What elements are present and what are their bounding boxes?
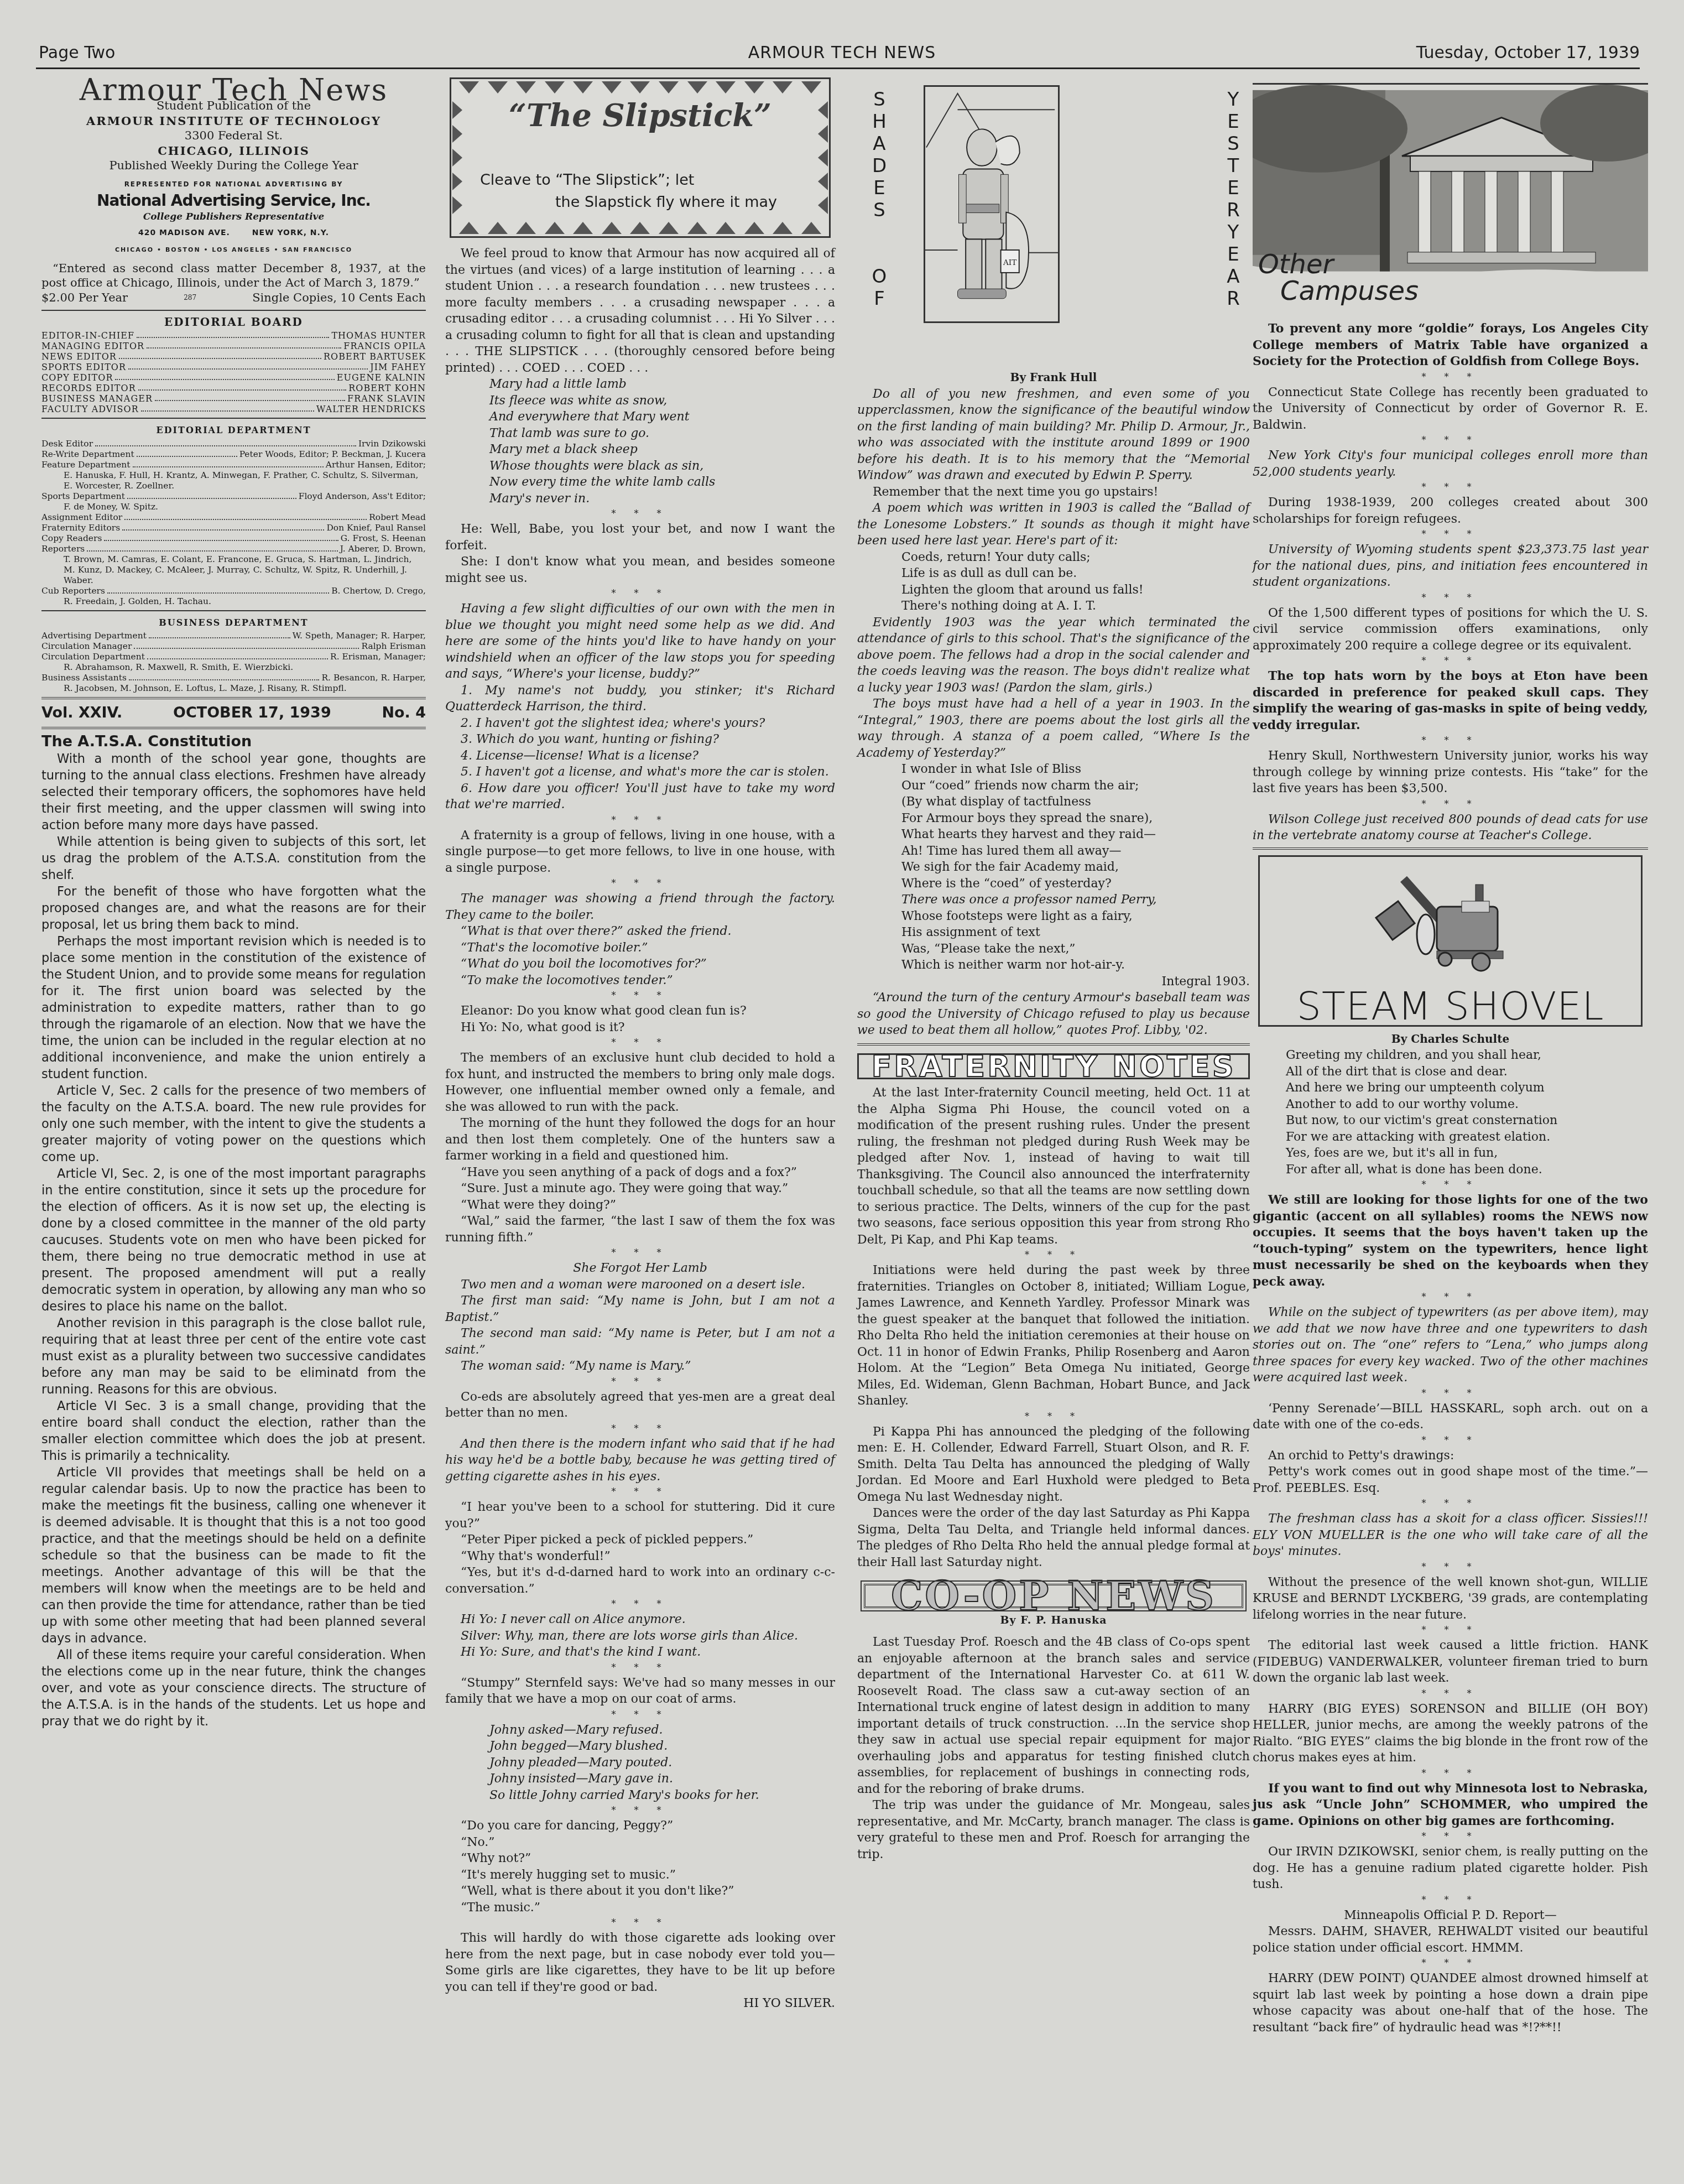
atsa-article: With a month of the school year gone, th… [41,751,426,1730]
subheading: She Forgot Her Lamb [445,1260,835,1277]
staff-name: Floyd Anderson, Ass't Editor; [299,491,426,502]
separator-stars: * * * [1253,370,1648,384]
leader-dots [137,330,329,338]
separator-stars: * * * [857,1248,1250,1262]
paragraph: For the benefit of those who have forgot… [41,883,426,933]
staff-continued: R. Jacobsen, M. Johnson, E. Loftus, L. M… [41,683,426,694]
staff-row: Records EditorRobert Kohn [41,383,426,393]
column-masthead: Armour Tech News Student Publication of … [41,77,426,1730]
rep-tagline: College Publishers Representative [41,209,426,226]
paragraph: “Sure. Just a minute ago. They were goin… [445,1181,835,1197]
staff-name: Robert Mead [369,512,426,523]
shades-banner: SHADESOF AIT [857,77,1250,365]
paragraph: “Peter Piper picked a peck of pickled pe… [445,1532,835,1548]
campus-item: Wilson College just received 800 pounds … [1253,812,1648,844]
title-letter: H [868,111,890,133]
paragraph: Co-eds are absolutely agreed that yes-me… [445,1389,835,1422]
leader-dots [127,491,296,499]
paragraph: Eleanor: Do you know what good clean fun… [445,1003,835,1020]
divider [41,310,426,311]
staff-name: W. Speth, Manager; R. Harper, [293,631,426,641]
paragraph: “That's the locomotive boiler.” [445,940,835,956]
separator-stars: * * * [1253,433,1648,448]
leader-dots [104,533,338,541]
campus-item: To prevent any more “goldie” forays, Los… [1253,321,1648,370]
staff-name: Jim Fahey [370,362,426,372]
poem-line: Was, “Please take the next,” [901,941,1250,958]
title-letter: R [1222,199,1244,221]
separator-stars: * * * [1253,654,1648,668]
title-letter: Y [1222,221,1244,243]
editorial-board-list: Editor-in-ChiefThomas HunterManaging Edi… [41,330,426,414]
yesteryear-vertical-title: YESTERYEAR [1222,89,1244,310]
leader-dots [137,449,237,457]
staff-role: Business Manager [41,393,153,404]
steam-shovel-banner: STEAM SHOVEL [1258,855,1643,1027]
issue-line: Vol. XXIV. OCTOBER 17, 1939 No. 4 [41,703,426,724]
coop-news-body: Last Tuesday Prof. Roesch and the 4B cla… [857,1634,1250,1863]
staff-role: Editor-in-Chief [41,330,134,341]
separator-stars: * * * [445,876,835,891]
entry-notice: “Entered as second class matter December… [41,261,426,290]
poem-line: For Armour boys they spread the snare), [901,810,1250,827]
staff-row: Cub ReportersB. Chertow, D. Crego, [41,586,426,596]
paragraph: “I hear you've been to a school for stut… [445,1499,835,1532]
paragraph: The boys must have had a hell of a year … [857,696,1250,761]
poem-line: Our “coed” friends now charm the air; [901,778,1250,794]
staff-row: Feature DepartmentArthur Hansen, Editor; [41,460,426,470]
leader-dots [128,362,368,370]
staff-name: Frank Slavin [347,393,426,404]
poem-line: Ah! Time has lured them all away— [901,843,1250,860]
poem-line: There was once a professor named Perry, [901,892,1250,908]
paragraph: “Have you seen anything of a pack of dog… [445,1164,835,1181]
masthead-institution: ARMOUR INSTITUTE OF TECHNOLOGY [41,113,426,128]
paragraph: Hi Yo: I never call on Alice anymore. [445,1611,835,1628]
shovel-item: Minneapolis Official P. D. Report— [1253,1907,1648,1924]
paragraph: Article VI, Sec. 2, is one of the most i… [41,1166,426,1315]
staff-name: Arthur Hansen, Editor; [326,460,426,470]
separator-stars: * * * [1253,797,1648,812]
title-letter: Y [1222,89,1244,111]
paragraph: Pi Kappa Phi has announced the pledging … [857,1424,1250,1506]
leader-dots [134,641,359,649]
poem-line: Johny asked—Mary refused. [489,1722,835,1739]
staff-row: Sports DepartmentFloyd Anderson, Ass't E… [41,491,426,502]
campus-item: The top hats worn by the boys at Eton ha… [1253,668,1648,734]
poem-line: John begged—Mary blushed. [489,1738,835,1755]
staff-row: Copy ReadersG. Frost, S. Heenan [41,533,426,544]
staff-role: Cub Reporters [41,586,105,596]
campus-item: During 1938-1939, 200 colleges created a… [1253,495,1648,527]
poem-line: That lamb was sure to go. [489,425,835,442]
poem-line: But now, to our victim's great consterna… [1286,1112,1648,1129]
paragraph: The morning of the hunt they followed th… [445,1115,835,1164]
shovel-item: Without the presence of the well known s… [1253,1574,1648,1624]
separator-stars: * * * [445,1916,835,1930]
separator-stars: * * * [1253,480,1648,495]
separator-stars: * * * [1253,1496,1648,1511]
staff-row: Managing EditorFrancis Opila [41,341,426,351]
separator-stars: * * * [445,1597,835,1611]
poem-line: For we are attacking with greatest elati… [1286,1129,1648,1146]
campus-item: New York City's four municipal colleges … [1253,448,1648,480]
slipstick-body: We feel proud to know that Armour has no… [445,246,835,2012]
leader-dots [124,512,367,520]
campus-item: University of Wyoming students spent $23… [1253,542,1648,591]
shovel-item: While on the subject of typewriters (as … [1253,1304,1648,1386]
shovel-item: If you want to find out why Minnesota lo… [1253,1781,1648,1830]
rep-address-row: 420 MADISON AVE. NEW YORK, N.Y. [41,225,426,242]
separator-stars: * * * [1253,1687,1648,1701]
paragraph: Hi Yo: Sure, and that's the kind I want. [445,1644,835,1661]
poem: Mary had a little lambIts fleece was whi… [445,376,835,507]
separator-stars: * * * [445,1708,835,1722]
shovel-item: HARRY (BIG EYES) SORENSON and BILLIE (OH… [1253,1701,1648,1766]
separator-stars: * * * [445,586,835,601]
shovel-item: Petty's work comes out in good shape mos… [1253,1464,1648,1496]
poem-line: Coeds, return! Your duty calls; [901,549,1250,566]
leader-dots [155,393,345,401]
paragraph: Last Tuesday Prof. Roesch and the 4B cla… [857,1634,1250,1797]
title-letter: A [1222,266,1244,288]
separator-stars: * * * [445,813,835,828]
business-department-list: Advertising DepartmentW. Speth, Manager;… [41,631,426,694]
separator-stars: * * * [445,1661,835,1675]
paragraph: Article VI Sec. 3 is a small change, pro… [41,1398,426,1464]
paragraph: Do all of you new freshmen, and even som… [857,386,1250,484]
paragraph: “Around the turn of the century Armour's… [857,990,1250,1039]
poem-line: Johny pleaded—Mary pouted. [489,1755,835,1771]
paragraph: “Wal,” said the farmer, “the last I saw … [445,1213,835,1246]
staff-row: Assignment EditorRobert Mead [41,512,426,523]
paragraph: With a month of the school year gone, th… [41,751,426,834]
paragraph: The second man said: “My name is Peter, … [445,1325,835,1358]
staff-row: Circulation ManagerRalph Erisman [41,641,426,652]
poem-source: Integral 1903. [857,974,1250,990]
staff-name: Robert Bartusek [324,351,426,362]
title-letter: E [868,177,890,199]
separator-stars: * * * [1253,1893,1648,1907]
staff-role: Re-Write Department [41,449,134,460]
paragraph: “Well, what is there about it you don't … [445,1883,835,1900]
union-label-icon: 287 [184,290,196,306]
staff-role: Assignment Editor [41,512,122,523]
title-letter: O [868,266,890,288]
separator-stars: * * * [1253,1386,1648,1401]
separator-stars: * * * [445,1375,835,1389]
paragraph: Dances were the order of the day last Sa… [857,1505,1250,1571]
separator-stars: * * * [1253,1956,1648,1970]
masthead-frequency: Published Weekly During the College Year [41,158,426,173]
staff-name: Ralph Erisman [361,641,426,652]
poem-line: What hearts they harvest and they raid— [901,826,1250,843]
separator-stars: * * * [1253,1290,1648,1304]
poem-line: Greeting my children, and you shall hear… [1286,1047,1648,1064]
paragraph: Another revision in this paragraph is th… [41,1315,426,1398]
staff-role: Sports Department [41,491,125,502]
paragraph: This will hardly do with those cigarette… [445,1930,835,1995]
separator-stars: * * * [1253,527,1648,542]
divider [41,418,426,419]
yearly-rate: $2.00 Per Year [41,290,128,306]
staff-role: News Editor [41,351,117,362]
staff-name: Walter Hendricks [316,404,426,414]
poem-line: Mary had a little lamb [489,376,835,393]
shades-vertical-title: SHADESOF [868,89,890,310]
coop-news-heading: CO-OP NEWS [864,1584,1243,1608]
staff-row: Editor-in-ChiefThomas Hunter [41,330,426,341]
header-rule [36,67,1640,69]
poem-line: Whose thoughts were black as sin, [489,458,835,475]
rep-offices: CHICAGO • BOSTON • LOS ANGELES • SAN FRA… [41,242,426,258]
poem: Coeds, return! Your duty calls;Life is a… [857,549,1250,615]
staff-name: Robert Kohn [348,383,426,393]
staff-role: Reporters [41,544,85,554]
paragraph: 4. License—license! What is a license? [445,748,835,765]
divider [41,727,426,729]
poem-line: (By what display of tactfulness [901,794,1250,810]
paragraph: Evidently 1903 was the year which termin… [857,615,1250,696]
leader-dots [147,652,328,659]
steam-shovel-body: * * *We still are looking for those ligh… [1253,1178,1648,2036]
shovel-item: Our IRVIN DZIKOWSKI, senior chem, is rea… [1253,1844,1648,1893]
title-letter: T [1222,155,1244,177]
separator-stars: * * * [1253,1766,1648,1781]
poem-line: And everywhere that Mary went [489,409,835,425]
shades-body: Do all of you new freshmen, and even som… [857,386,1250,1039]
leader-dots [119,351,321,359]
masthead-city: CHICAGO, ILLINOIS [41,143,426,158]
title-letter: D [868,155,890,177]
staff-name: R. Besancon, R. Harper, [321,673,426,683]
campus-building-illustration: Other Campuses [1253,83,1648,315]
paragraph: The manager was showing a friend through… [445,891,835,923]
title-letter: A [868,133,890,155]
title-letter: S [868,199,890,221]
leader-dots [129,673,320,680]
paragraph: “To make the locomotives tender.” [445,973,835,989]
staff-role: Advertising Department [41,631,147,641]
staff-row: Circulation DepartmentR. Erisman, Manage… [41,652,426,662]
staff-name: R. Erisman, Manager; [330,652,426,662]
divider [1253,847,1648,850]
staff-name: Eugene Kalnin [337,372,426,383]
staff-row: Re-Write DepartmentPeter Woods, Editor; … [41,449,426,460]
separator-stars: * * * [1253,1433,1648,1448]
paragraph: Article V, Sec. 2 calls for the presence… [41,1083,426,1166]
staff-role: Business Assistants [41,673,127,683]
title-letter [868,221,890,266]
paragraph: “Yes, but it's d-d-darned hard to work i… [445,1564,835,1597]
issue-date: Tuesday, October 17, 1939 [1416,43,1640,63]
separator-stars: * * * [1253,591,1648,605]
staff-name: J. Aberer, D. Brown, [340,544,426,554]
shovel-item: HARRY (DEW POINT) QUANDEE almost drowned… [1253,1970,1648,2036]
shovel-item: The freshman class has a skoit for a cla… [1253,1511,1648,1560]
paragraph: The first man said: “My name is John, bu… [445,1293,835,1325]
other-campuses-body: To prevent any more “goldie” forays, Los… [1253,321,1648,844]
divider [41,610,426,611]
paragraph: The woman said: “My name is Mary.” [445,1358,835,1375]
separator-stars: * * * [1253,1560,1648,1574]
issue-number: No. 4 [382,705,426,721]
separator-stars: * * * [445,507,835,521]
newspaper-page: Page Two ARMOUR TECH NEWS Tuesday, Octob… [0,0,1684,2184]
poem-line: Mary's never in. [489,491,835,507]
poem-line: Its fleece was white as snow, [489,393,835,409]
title-letter: E [1222,243,1244,266]
campus-item: Of the 1,500 different types of position… [1253,605,1648,654]
column-campuses: Other Campuses To prevent any more “gold… [1253,77,1648,2036]
fraternity-notes-heading: FRATERNITY NOTES [857,1053,1250,1080]
separator-stars: * * * [857,1410,1250,1424]
other-campuses-heading: Other Campuses [1258,251,1419,304]
paragraph: The trip was under the guidance of Mr. M… [857,1797,1250,1863]
staff-row: Desk EditorIrvin Dzikowski [41,439,426,449]
shovel-item: An orchid to Petty's drawings: [1253,1448,1648,1464]
column-shades: SHADESOF AIT [857,77,1250,1863]
poem-line: There's nothing doing at A. I. T. [901,598,1250,615]
title-letter: S [1222,133,1244,155]
rate-row: $2.00 Per Year 287 Single Copies, 10 Cen… [41,290,426,306]
paragraph: We feel proud to know that Armour has no… [445,246,835,376]
poem-line: His assignment of text [901,924,1250,941]
editorial-department-heading: EDITORIAL DEPARTMENT [41,422,426,439]
staff-continued: T. Brown, M. Camras, E. Colant, E. Franc… [41,554,426,586]
paragraph: A poem which was written in 1903 is call… [857,500,1250,549]
staff-role: Desk Editor [41,439,93,449]
paragraph: Initiations were held during the past we… [857,1262,1250,1410]
paragraph: Remember that the next time you go upsta… [857,484,1250,501]
shovel-item: We still are looking for those lights fo… [1253,1192,1648,1290]
poem-line: All of the dirt that is close and dear. [1286,1064,1648,1080]
masthead-title: Armour Tech News [41,82,426,98]
divider [41,697,426,699]
editorial-department-list: Desk EditorIrvin DzikowskiRe-Write Depar… [41,439,426,607]
steam-shovel-heading: STEAM SHOVEL [1260,999,1641,1015]
poem: There was once a professor named Perry, [857,892,1250,908]
paragraph: “Do you care for dancing, Peggy?” [445,1818,835,1834]
staff-row: Copy EditorEugene Kalnin [41,372,426,383]
steam-shovel-byline: By Charles Schulte [1253,1031,1648,1048]
staff-role: Copy Editor [41,372,113,383]
leader-dots [138,383,347,391]
paragraph: 3. Which do you want, hunting or fishing… [445,731,835,748]
poem-line: We sigh for the fair Academy maid, [901,859,1250,876]
leader-dots [95,439,356,446]
leader-dots [133,460,324,467]
paragraph: “What do you boil the locomotives for?” [445,956,835,973]
staff-role: Fraternity Editors [41,523,120,533]
steam-shovel-icon [1365,868,1531,973]
leader-dots [149,631,290,638]
poem-line: Mary met a black sheep [489,441,835,458]
staff-name: Don Knief, Paul Ransel [326,523,426,533]
paragraph: She: I don't know what you mean, and bes… [445,554,835,586]
staff-name: B. Chertow, D. Crego, [331,586,426,596]
staff-row: Business AssistantsR. Besancon, R. Harpe… [41,673,426,683]
volume: Vol. XXIV. [41,705,122,721]
fraternity-notes-body: At the last Inter-fraternity Council mee… [857,1085,1250,1571]
shades-byline: By Frank Hull [857,370,1250,386]
triangle-border-top-icon [459,81,821,93]
shovel-item: ‘Penny Serenade’—BILL HASSKARL, soph arc… [1253,1401,1648,1433]
paragraph: “Why not?” [445,1850,835,1867]
separator-stars: * * * [1253,734,1648,748]
title-letter: F [868,288,890,310]
paragraph: “What is that over there?” asked the fri… [445,923,835,940]
poem: I wonder in what Isle of BlissOur “coed”… [857,761,1250,892]
staff-name: Francis Opila [343,341,426,351]
separator-stars: * * * [445,1422,835,1436]
paragraph: “Stumpy” Sternfeld says: We've had so ma… [445,1675,835,1708]
cartoon-figure-icon: AIT [925,87,1058,321]
staff-continued: F. de Money, W. Spitz. [41,502,426,512]
poem-line: Lighten the gloom that around us falls! [901,582,1250,599]
slipstick-title: “The Slipstick” [451,108,829,124]
staff-name: Peter Woods, Editor; P. Beckman, J. Kuce… [239,449,426,460]
business-department-heading: BUSINESS DEPARTMENT [41,615,426,631]
staff-row: ReportersJ. Aberer, D. Brown, [41,544,426,554]
poem-line: Which is neither warm nor hot-air-y. [901,957,1250,974]
triangle-border-bottom-icon [459,222,821,234]
staff-continued: R. Abrahamson, R. Maxwell, R. Smith, E. … [41,662,426,673]
staff-role: Circulation Manager [41,641,132,652]
staff-role: Managing Editor [41,341,144,351]
paragraph: “It's merely hugging set to music.” [445,1867,835,1884]
separator-stars: * * * [445,1036,835,1050]
shovel-item: The editorial last week caused a little … [1253,1637,1648,1687]
poem-line: Life is as dull as dull can be. [901,565,1250,582]
paragraph: Two men and a woman were marooned on a d… [445,1277,835,1293]
paragraph: All of these items require your careful … [41,1647,426,1730]
paragraph: 5. I haven't got a license, and what's m… [445,764,835,781]
leader-dots [107,586,329,594]
staff-role: Sports Editor [41,362,126,372]
steam-shovel-poem: Greeting my children, and you shall hear… [1253,1047,1648,1178]
single-rate: Single Copies, 10 Cents Each [252,290,426,306]
paragraph: He: Well, Babe, you lost your bet, and n… [445,521,835,554]
slipstick-banner: “The Slipstick” Cleave to “The Slipstick… [450,77,831,238]
campus-item: Henry Skull, Northwestern University jun… [1253,748,1648,797]
staff-row: Sports EditorJim Fahey [41,362,426,372]
staff-row: Advertising DepartmentW. Speth, Manager;… [41,631,426,641]
paragraph: A fraternity is a group of fellows, livi… [445,828,835,877]
poem-line: And here we bring our umpteenth colyum [1286,1080,1648,1096]
staff-name: Thomas Hunter [331,330,426,341]
signature: HI YO SILVER. [445,1995,835,2012]
separator-stars: * * * [445,1485,835,1499]
paragraph: Hi Yo: No, what good is it? [445,1020,835,1036]
poem-line: Yes, foes are we, but it's all in fun, [1286,1145,1648,1162]
poem-line: Now every time the white lamb calls [489,474,835,491]
title-letter: S [868,89,890,111]
poem-line: Another to add to our worthy volume. [1286,1096,1648,1113]
paragraph: “What were they doing?” [445,1197,835,1214]
paragraph: 2. I haven't got the slightest idea; whe… [445,715,835,732]
paragraph: Silver: Why, man, there are lots worse g… [445,1628,835,1645]
poem-line: So little Johny carried Mary's books for… [489,1787,835,1804]
separator-stars: * * * [1253,1623,1648,1637]
staff-name: Irvin Dzikowski [358,439,426,449]
divider [857,1043,1250,1046]
paragraph: Article VII provides that meetings shall… [41,1464,426,1647]
poem-line: Where is the “coed” of yesterday? [901,876,1250,892]
slipstick-motto-1: Cleave to “The Slipstick”; let [480,172,694,189]
paragraph: Perhaps the most important revision whic… [41,933,426,1083]
title-letter: E [1222,177,1244,199]
